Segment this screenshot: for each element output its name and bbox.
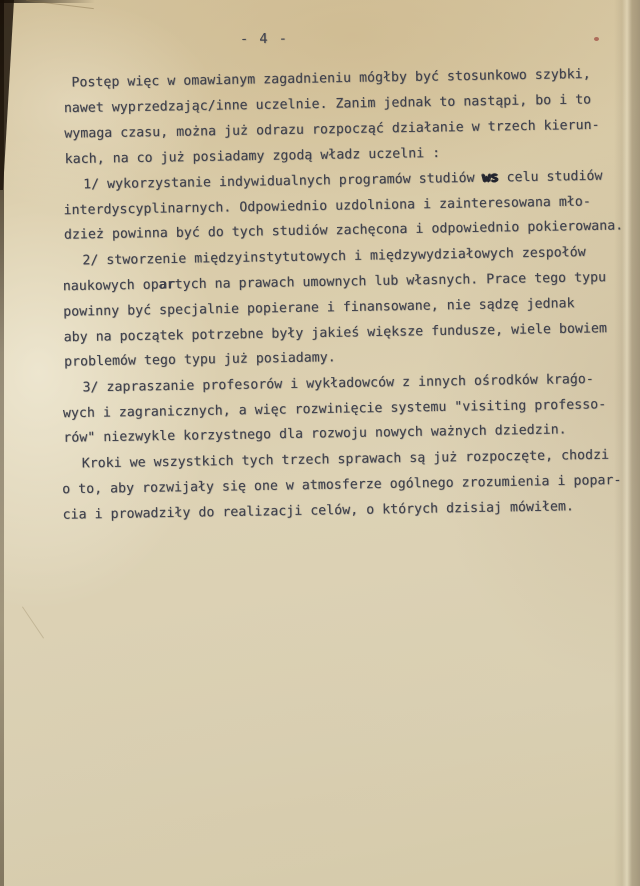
paragraph-intro: Postęp więc w omawianym zagadnieniu mógł… <box>63 61 632 172</box>
paragraph-point-1: 1/ wykorzystanie indywidualnych programó… <box>63 163 633 249</box>
page-number: - 4 - <box>240 31 289 48</box>
typewritten-text-block: Postęp więc w omawianym zagadnieniu mógł… <box>58 61 637 527</box>
paper-scratch-bottom-left <box>22 606 44 638</box>
text-segment: celu studiów <box>498 168 602 185</box>
scan-edge-left <box>0 0 4 886</box>
paragraph-point-3: 3/ zapraszanie profesorów i wykładowców … <box>62 366 636 452</box>
red-ink-fleck <box>594 37 599 41</box>
retyped-characters: ar <box>159 277 175 292</box>
paragraph-point-2: 2/ stworzenie międzyinstytutowych i międ… <box>62 239 635 375</box>
paragraph-closing: Kroki we wszystkich tych trzech sprawach… <box>62 442 638 528</box>
text-segment: 1/ wykorzystanie indywidualnych programó… <box>83 170 483 192</box>
scanned-typewritten-page: - 4 - Postęp więc w omawianym zagadnieni… <box>0 0 640 886</box>
text-segment: naukowych op <box>63 278 159 295</box>
text-segment: tych na prawach umownych lub własnych. P… <box>175 270 607 292</box>
overstruck-correction: ws <box>482 170 498 185</box>
